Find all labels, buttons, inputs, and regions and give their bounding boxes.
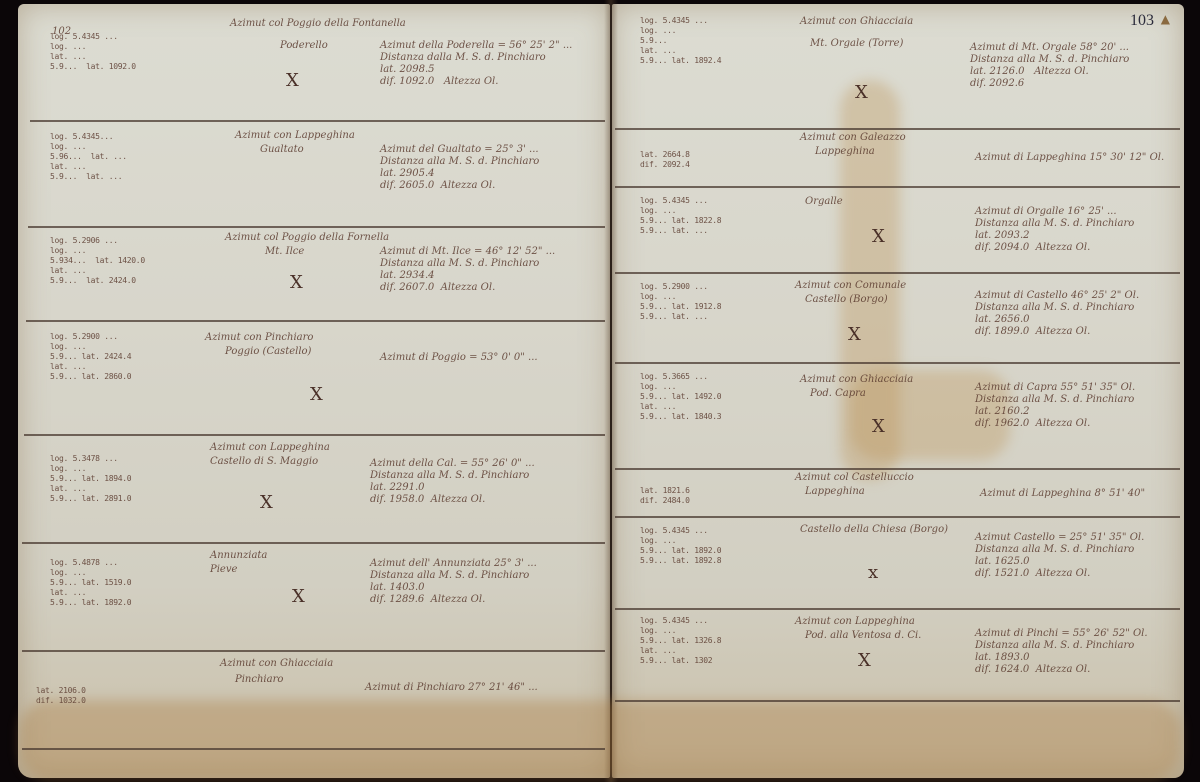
cross-mark: X <box>872 416 885 437</box>
cross-mark: X <box>286 70 299 91</box>
entry-place: Lappeghina <box>815 146 875 158</box>
cross-mark: X <box>848 324 861 345</box>
entry-place: Castello di S. Maggio <box>210 456 318 468</box>
entry-header: Azimut col Poggio della Fontanella <box>230 18 406 30</box>
cross-mark: X <box>260 492 273 513</box>
entry-header: Azimut con Comunale <box>795 280 906 292</box>
cross-mark: X <box>310 384 323 405</box>
entry-note: Azimut di Capra 55° 51' 35" Ol. Distanza… <box>975 382 1135 430</box>
entry-place: Poggio (Castello) <box>225 346 311 358</box>
cross-mark: X <box>292 586 305 607</box>
cross-mark: X <box>872 226 885 247</box>
cross-mark: X <box>290 272 303 293</box>
entry-note: Azimut di Pinchi = 55° 26' 52" Ol. Dista… <box>975 628 1148 676</box>
page-mark: ▲ <box>1161 12 1170 26</box>
entry-header: Azimut con Ghiacciaia <box>800 16 913 28</box>
calculation: log. 5.2900 ... log. ... 5.9... lat. 242… <box>50 332 131 382</box>
entry-note: Azimut Castello = 25° 51' 35" Ol. Distan… <box>975 532 1144 580</box>
entry-header: Azimut con Ghiacciaia <box>800 374 913 386</box>
entry-place: Pod. alla Ventosa d. Ci. <box>805 630 921 642</box>
calculation: lat. 1821.6 dif. 2484.0 <box>640 486 690 506</box>
water-stain <box>20 700 1180 780</box>
entry-note: Azimut di Mt. Orgale 58° 20' ... Distanz… <box>970 42 1129 90</box>
entry-header: Azimut con Pinchiaro <box>205 332 313 344</box>
entry-note: Azimut dell' Annunziata 25° 3' ... Dista… <box>370 558 537 606</box>
entry-note: Azimut di Lappeghina 15° 30' 12" Ol. <box>975 152 1164 164</box>
cross-mark: X <box>855 82 868 103</box>
entry-note: Azimut della Cal. = 55° 26' 0" ... Dista… <box>370 458 535 506</box>
entry-place: Pieve <box>210 564 237 576</box>
entry-header: Annunziata <box>210 550 267 562</box>
entry-place: Poderello <box>280 40 328 52</box>
entry-header: Azimut con Lappeghina <box>235 130 355 142</box>
calculation: log. 5.4345 ... log. ... 5.9... lat. 182… <box>640 196 721 236</box>
entry-place: Castello della Chiesa (Borgo) <box>800 524 948 536</box>
calculation: log. 5.4878 ... log. ... 5.9... lat. 151… <box>50 558 131 608</box>
entry-place: Mt. Ilce <box>265 246 304 258</box>
calculation: lat. 2664.8 dif. 2092.4 <box>640 150 690 170</box>
entry-place: Pinchiaro <box>235 674 283 686</box>
entry-note: Azimut di Lappeghina 8° 51' 40" <box>980 488 1145 500</box>
entry-note: Azimut della Poderella = 56° 25' 2" ... … <box>380 40 572 88</box>
calculation: log. 5.3478 ... log. ... 5.9... lat. 189… <box>50 454 131 504</box>
calculation: log. 5.4345 ... log. ... 5.9... lat. 189… <box>640 526 721 566</box>
entry-note: Azimut di Poggio = 53° 0' 0" ... <box>380 352 538 364</box>
entry-place: Mt. Orgale (Torre) <box>810 38 903 50</box>
entry-header: Azimut con Lappeghina <box>795 616 915 628</box>
entry-header: Azimut con Galeazzo <box>800 132 906 144</box>
entry-header: Azimut col Castelluccio <box>795 472 914 484</box>
calculation: log. 5.4345 ... log. ... 5.9... lat. 132… <box>640 616 721 666</box>
entry-place: Lappeghina <box>805 486 865 498</box>
calculation: log. 5.2906 ... log. ... 5.934... lat. 1… <box>50 236 145 286</box>
entry-place: Gualtato <box>260 144 304 156</box>
entry-place: Castello (Borgo) <box>805 294 888 306</box>
entry-place: Pod. Capra <box>810 388 866 400</box>
calculation: log. 5.3665 ... log. ... 5.9... lat. 149… <box>640 372 721 422</box>
cross-mark: x <box>868 562 878 583</box>
entry-note: Azimut di Orgalle 16° 25' ... Distanza a… <box>975 206 1134 254</box>
calculation: log. 5.4345 ... log. ... 5.9... lat. ...… <box>640 16 721 66</box>
calculation: log. 5.4345 ... log. ... lat. ... 5.9...… <box>50 32 136 72</box>
entry-header: Azimut con Ghiacciaia <box>220 658 333 670</box>
entry-note: Azimut di Mt. Ilce = 46° 12' 52" ... Dis… <box>380 246 555 294</box>
calculation: lat. 2106.0 dif. 1032.0 <box>36 686 86 706</box>
entry-note: Azimut del Gualtato = 25° 3' ... Distanz… <box>380 144 539 192</box>
entry-note: Azimut di Pinchiaro 27° 21' 46" ... <box>365 682 538 694</box>
entry-header: Azimut con Lappeghina <box>210 442 330 454</box>
calculation: log. 5.2900 ... log. ... 5.9... lat. 191… <box>640 282 721 322</box>
entry-note: Azimut di Castello 46° 25' 2" Ol. Distan… <box>975 290 1139 338</box>
page-number: 103 <box>1130 12 1154 30</box>
cross-mark: X <box>858 650 871 671</box>
book-gutter <box>604 0 618 782</box>
entry-header: Azimut col Poggio della Fornella <box>225 232 389 244</box>
calculation: log. 5.4345... log. ... 5.96... lat. ...… <box>50 132 127 182</box>
entry-place: Orgalle <box>805 196 843 208</box>
